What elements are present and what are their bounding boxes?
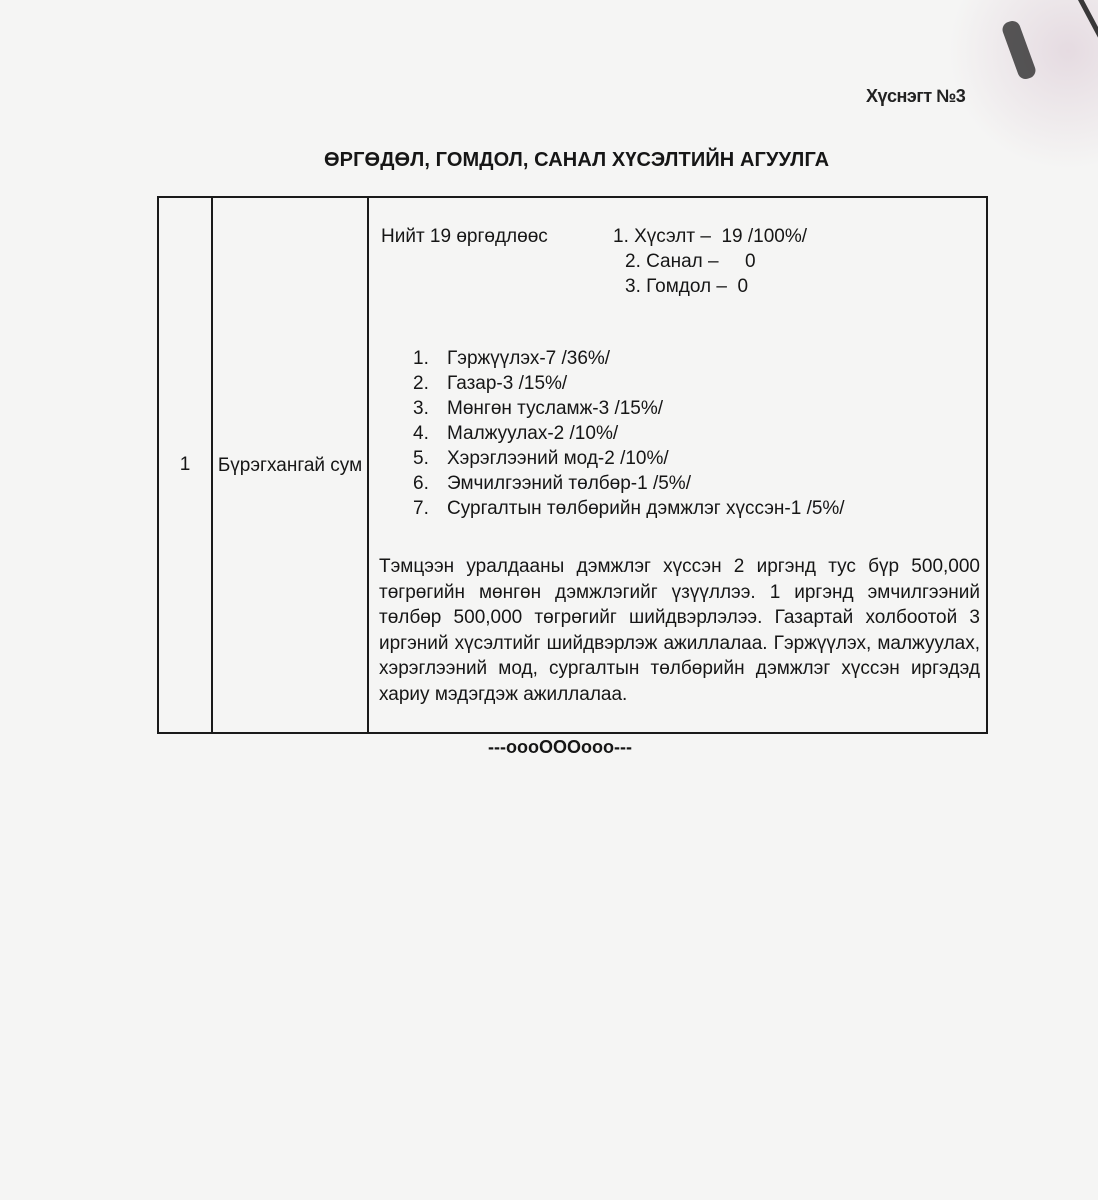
list-number: 5. xyxy=(413,446,447,471)
category-list: 1.Гэржүүлэх-7 /36%/ 2.Газар-3 /15%/ 3.Мө… xyxy=(413,346,845,521)
summary-item: 2. Санал – 0 xyxy=(613,249,807,274)
list-number: 3. xyxy=(413,396,447,421)
list-item: 3.Мөнгөн тусламж-3 /15%/ xyxy=(413,396,845,421)
list-text: Газар-3 /15%/ xyxy=(447,373,567,394)
list-number: 2. xyxy=(413,371,447,396)
list-item: 7.Сургалтын төлбөрийн дэмжлэг хүссэн-1 /… xyxy=(413,496,845,521)
list-number: 4. xyxy=(413,421,447,446)
resolution-paragraph: Тэмцээн уралдааны дэмжлэг хүссэн 2 иргэн… xyxy=(379,554,980,707)
list-item: 1.Гэржүүлэх-7 /36%/ xyxy=(413,346,845,371)
list-number: 7. xyxy=(413,496,447,521)
petitions-table: 1 Бүрэгхангай сум Нийт 19 өргөдлөөс 1. Х… xyxy=(157,196,988,734)
closing-mark: ---oooOOOooo--- xyxy=(488,737,632,758)
table-row: 1 Бүрэгхангай сум Нийт 19 өргөдлөөс 1. Х… xyxy=(158,197,987,733)
summary-item: 1. Хүсэлт – 19 /100%/ xyxy=(613,224,807,249)
list-number: 6. xyxy=(413,471,447,496)
soum-name: Бүрэгхангай сум xyxy=(212,197,368,733)
list-text: Мөнгөн тусламж-3 /15%/ xyxy=(447,398,663,419)
list-item: 2.Газар-3 /15%/ xyxy=(413,371,845,396)
list-number: 1. xyxy=(413,346,447,371)
row-content: Нийт 19 өргөдлөөс 1. Хүсэлт – 19 /100%/ … xyxy=(368,197,987,733)
list-item: 4.Малжуулах-2 /10%/ xyxy=(413,421,845,446)
list-item: 5.Хэрэглээний мод-2 /10%/ xyxy=(413,446,845,471)
list-item: 6.Эмчилгээний төлбөр-1 /5%/ xyxy=(413,471,845,496)
summary-list: 1. Хүсэлт – 19 /100%/ 2. Санал – 0 3. Го… xyxy=(613,224,807,299)
list-text: Малжуулах-2 /10%/ xyxy=(447,423,618,444)
appendix-label: Хүснэгт №3 xyxy=(866,86,965,107)
paper-stain xyxy=(948,0,1098,170)
document-title: ӨРГӨДӨЛ, ГОМДОЛ, САНАЛ ХҮСЭЛТИЙН АГУУЛГА xyxy=(324,149,829,172)
list-text: Гэржүүлэх-7 /36%/ xyxy=(447,348,610,369)
summary-item: 3. Гомдол – 0 xyxy=(613,274,807,299)
row-number: 1 xyxy=(158,197,212,733)
list-text: Хэрэглээний мод-2 /10%/ xyxy=(447,448,669,469)
list-text: Эмчилгээний төлбөр-1 /5%/ xyxy=(447,473,691,494)
list-text: Сургалтын төлбөрийн дэмжлэг хүссэн-1 /5%… xyxy=(447,498,845,519)
summary-total: Нийт 19 өргөдлөөс xyxy=(381,224,548,249)
